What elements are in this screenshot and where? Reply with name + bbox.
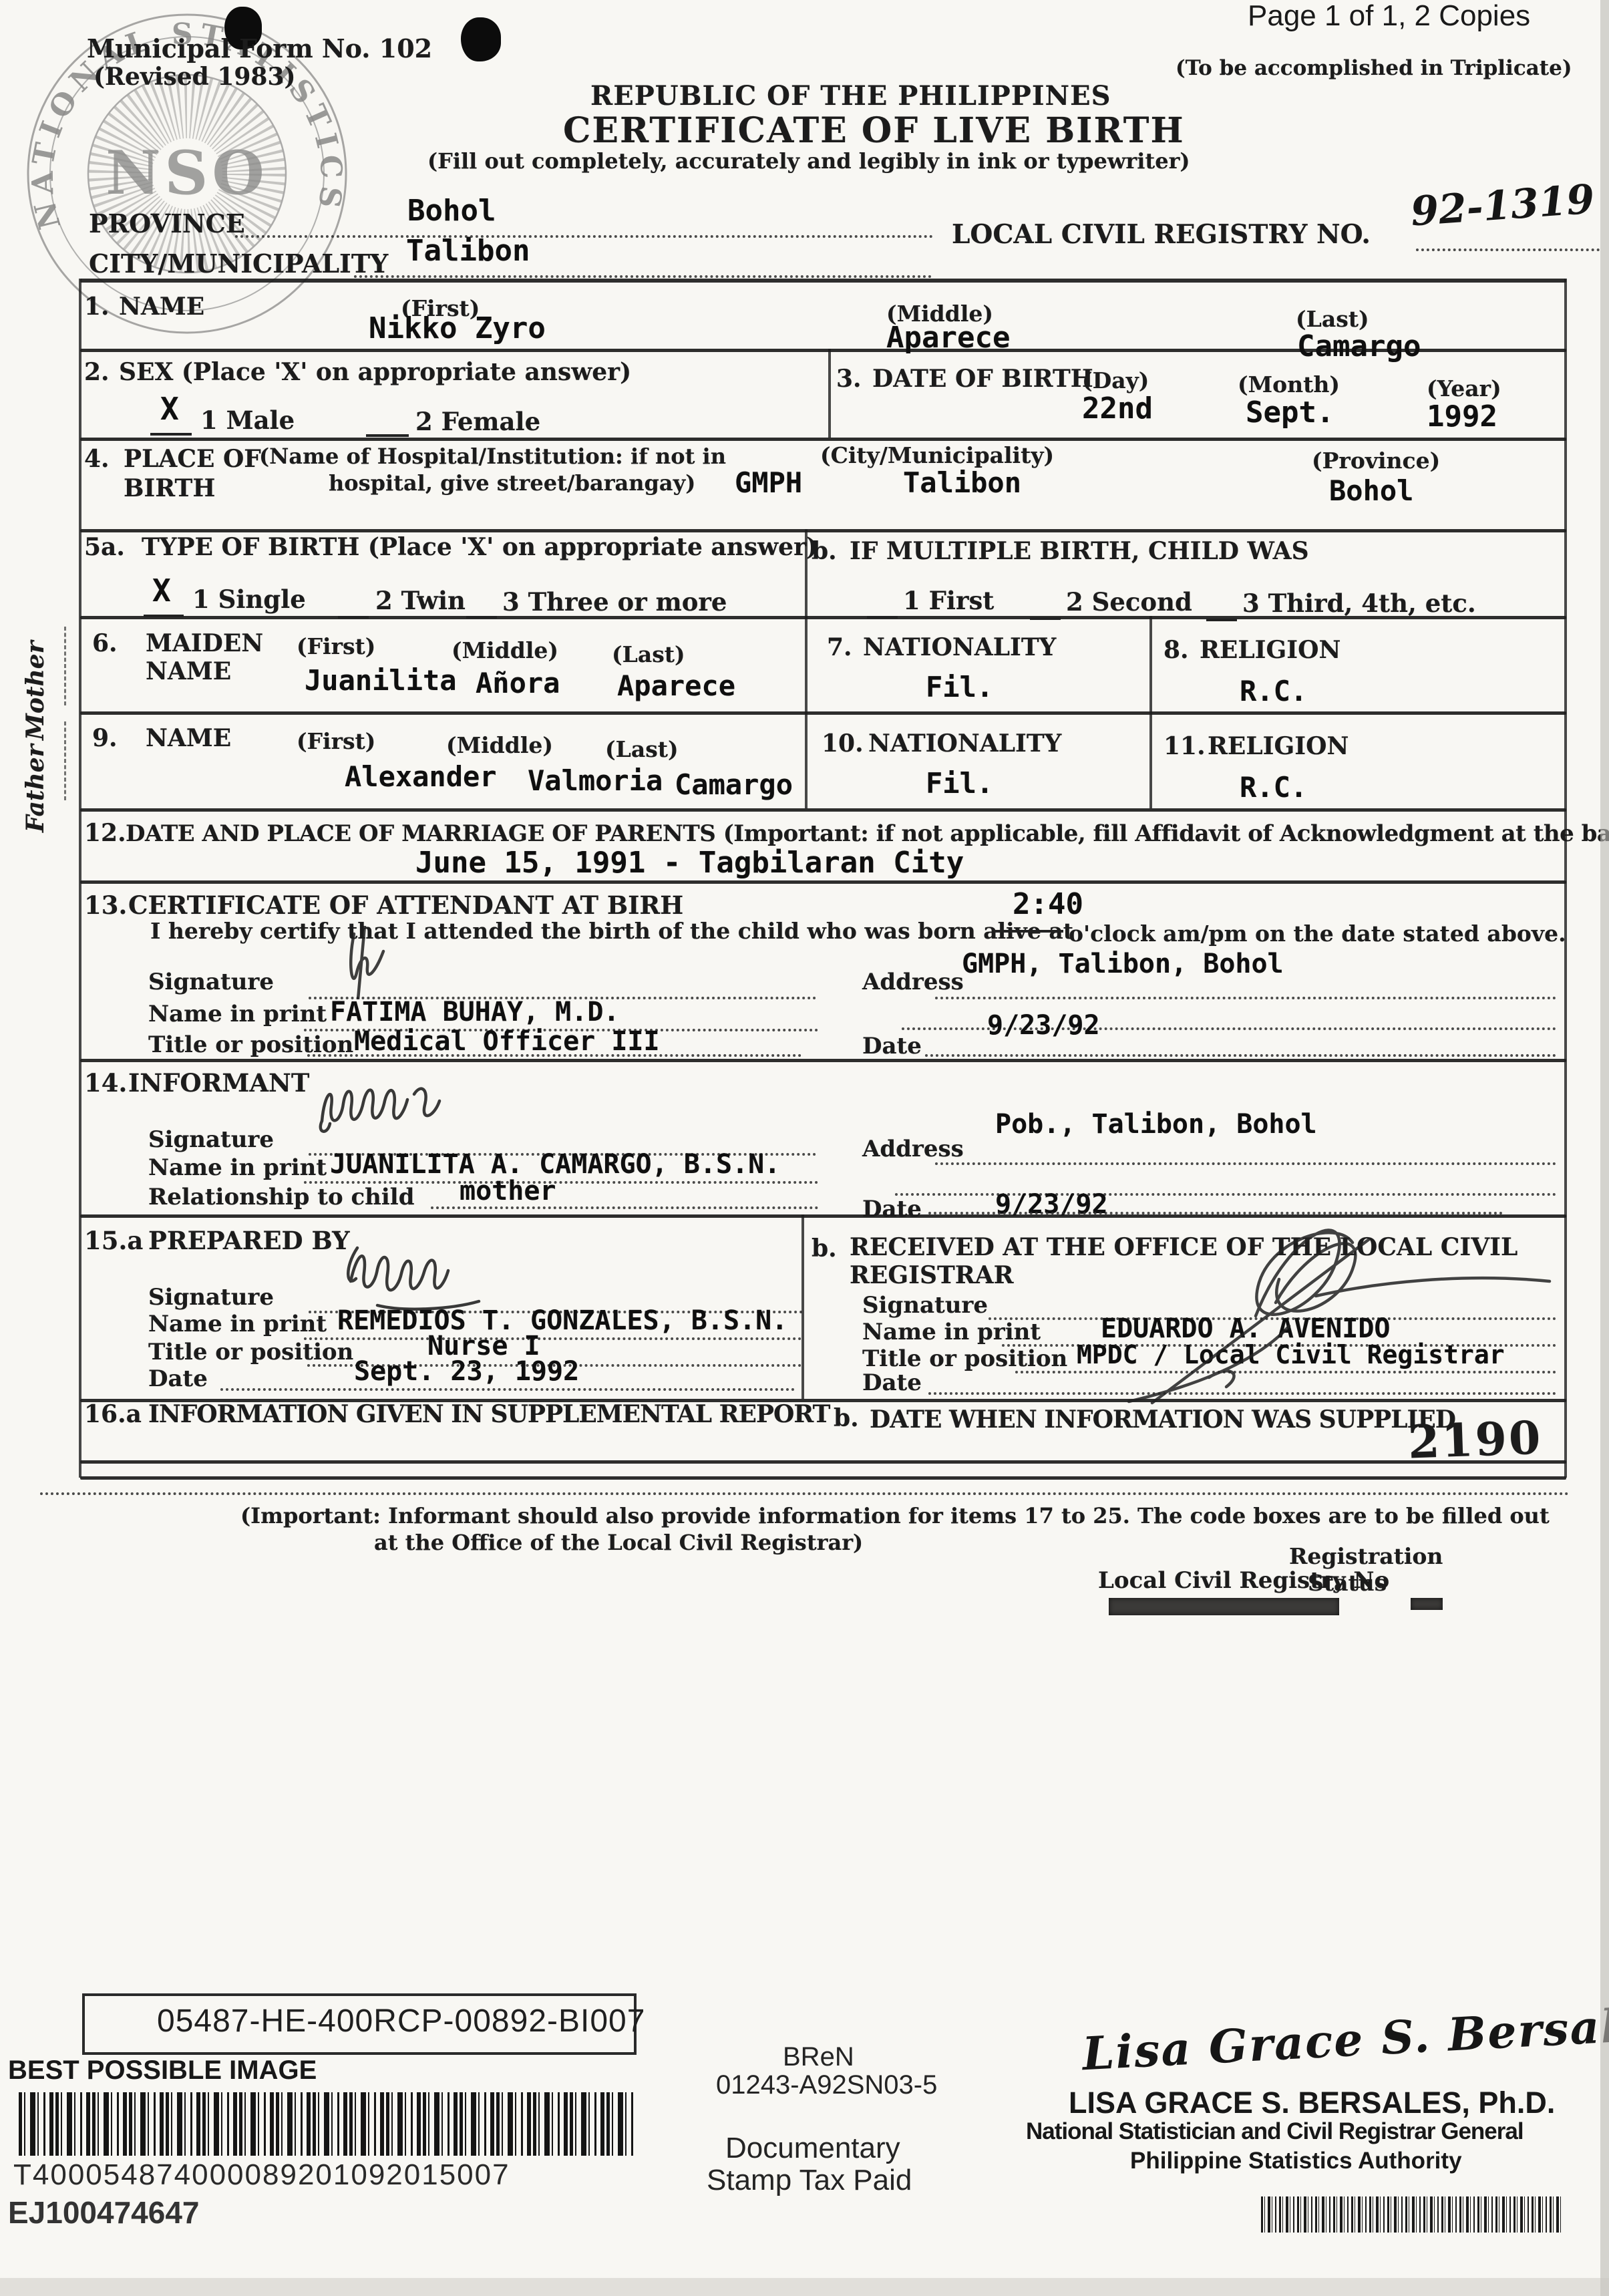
seal-center-text: NSO bbox=[106, 138, 269, 208]
item5b-no: b. bbox=[812, 538, 837, 564]
item1-label: NAME bbox=[119, 294, 204, 320]
item10-label: NATIONALITY bbox=[868, 731, 1061, 757]
registrar-general-title: National Statistician and Civil Registra… bbox=[1026, 2119, 1524, 2144]
mult-3-line bbox=[1206, 619, 1237, 621]
certify-text-pre: I hereby certify that I attended the bir… bbox=[150, 919, 1073, 943]
inf-date-label: Date bbox=[862, 1197, 922, 1222]
item4-label-1: PLACE OF bbox=[124, 446, 261, 472]
item13-label: CERTIFICATE OF ATTENDANT AT BIRH bbox=[128, 892, 683, 919]
dob-day: 22nd bbox=[1082, 393, 1153, 425]
province-label: PROVINCE bbox=[89, 210, 245, 237]
triplicate-note: (To be accomplished in Triplicate) bbox=[1176, 57, 1572, 79]
prep-date: Sept. 23, 1992 bbox=[354, 1357, 579, 1386]
att-date-dotline bbox=[925, 1054, 1556, 1057]
item4-no: 4. bbox=[84, 446, 110, 472]
father-first: Alexander bbox=[345, 762, 497, 792]
sex-female-option: 2 Female bbox=[415, 409, 540, 436]
col-divider bbox=[1149, 711, 1152, 808]
att-name-label: Name in print bbox=[148, 1002, 327, 1027]
lcr-no-label: Local Civil Registry No bbox=[1098, 1569, 1389, 1593]
inf-name-label: Name in print bbox=[148, 1156, 327, 1180]
type-1-option: 1 Single bbox=[192, 587, 306, 613]
city-label: CITY/MUNICIPALITY bbox=[89, 250, 388, 277]
item9-label: NAME bbox=[146, 725, 231, 752]
table-rule bbox=[80, 279, 1566, 283]
time-line bbox=[994, 930, 1063, 933]
att-name: FATIMA BUHAY, M.D. bbox=[330, 998, 619, 1027]
item15b-label-2: REGISTRAR bbox=[850, 1263, 1014, 1289]
child-middle-name: Aparece bbox=[886, 322, 1010, 354]
day-label: (Day) bbox=[1082, 369, 1149, 393]
item7-no: 7. bbox=[827, 635, 852, 661]
month-label: (Month) bbox=[1238, 373, 1340, 397]
table-border-right bbox=[1564, 279, 1567, 1478]
page-edge-bottom bbox=[0, 2278, 1609, 2296]
registry-no-label: LOCAL CIVIL REGISTRY NO. bbox=[952, 220, 1371, 249]
birth-time: 2:40 bbox=[1013, 888, 1083, 921]
item1-no: 1. bbox=[84, 294, 110, 320]
item16b-no: b. bbox=[834, 1406, 859, 1432]
inf-relationship: mother bbox=[460, 1177, 556, 1206]
inf-address-dotline bbox=[935, 1162, 1556, 1165]
item5a-no: 5a. bbox=[84, 534, 125, 560]
child-first-name: Nikko Zyro bbox=[369, 313, 546, 345]
ink-blob bbox=[461, 17, 501, 61]
col-divider bbox=[805, 711, 808, 808]
item6-label-2: NAME bbox=[146, 659, 231, 685]
type-mark: X bbox=[152, 575, 171, 608]
last-label: (Last) bbox=[1296, 307, 1369, 331]
page-info: Page 1 of 1, 2 Copies bbox=[1248, 0, 1530, 32]
city-dotline bbox=[354, 275, 932, 278]
lcr-no-redaction bbox=[1109, 1598, 1339, 1615]
item6-no: 6. bbox=[92, 631, 118, 657]
att-date-label: Date bbox=[862, 1034, 922, 1059]
security-serial: EJ100474647 bbox=[8, 2196, 200, 2230]
year-label: (Year) bbox=[1427, 377, 1501, 401]
form-revised: (Revised 1983) bbox=[94, 64, 296, 90]
mother-middle-label: (Middle) bbox=[452, 639, 558, 663]
registrar-general-org: Philippine Statistics Authority bbox=[1130, 2148, 1462, 2174]
registry-no-value: 92-1319 bbox=[1409, 178, 1596, 234]
mother-last: Aparece bbox=[617, 671, 735, 701]
item14-no: 14. bbox=[84, 1070, 127, 1097]
type-2-line bbox=[338, 616, 369, 619]
best-possible-image: BEST POSSIBLE IMAGE bbox=[8, 2056, 317, 2085]
table-border-left bbox=[79, 279, 81, 1478]
father-religion: R.C. bbox=[1240, 772, 1307, 802]
small-barcode bbox=[1261, 2196, 1562, 2233]
pob-province: Bohol bbox=[1329, 476, 1413, 506]
item3-label: DATE OF BIRTH bbox=[872, 366, 1093, 392]
form-subtitle: (Fill out completely, accurately and leg… bbox=[427, 150, 1190, 173]
dob-year: 1992 bbox=[1427, 401, 1497, 433]
type-2-option: 2 Twin bbox=[375, 588, 466, 615]
doc-stamp-line-2: Stamp Tax Paid bbox=[707, 2164, 912, 2196]
father-side-label: Father bbox=[23, 744, 49, 832]
registration-label-1: Registration bbox=[1289, 1544, 1443, 1569]
registry-dotline bbox=[1416, 249, 1600, 251]
certify-text-post: o'clock am/pm on the date stated above. bbox=[1069, 922, 1566, 946]
col-divider bbox=[1149, 616, 1152, 711]
inf-address-dotline-2 bbox=[895, 1193, 1556, 1196]
item4-note-2: hospital, give street/barangay) bbox=[329, 472, 695, 495]
dob-month: Sept. bbox=[1246, 397, 1334, 429]
item11-label: RELIGION bbox=[1208, 733, 1349, 760]
att-address-dotline bbox=[935, 997, 1556, 999]
table-rule bbox=[80, 1476, 1566, 1480]
inf-address-label: Address bbox=[862, 1137, 964, 1162]
item16a-label: INFORMATION GIVEN IN SUPPLEMENTAL REPORT bbox=[148, 1402, 830, 1428]
prep-name: REMEDIOS T. GONZALES, B.S.N. bbox=[337, 1307, 787, 1335]
item4-label-2: BIRTH bbox=[124, 476, 215, 502]
item7-label: NATIONALITY bbox=[863, 635, 1056, 661]
sex-female-line bbox=[366, 434, 409, 437]
col-divider bbox=[801, 1214, 804, 1399]
table-rule bbox=[80, 1059, 1566, 1062]
mult-2-line bbox=[1030, 617, 1061, 620]
item10-no: 10. bbox=[822, 731, 864, 757]
att-date: 9/23/92 bbox=[987, 1011, 1100, 1040]
inf-address: Pob., Talibon, Bohol bbox=[995, 1110, 1317, 1139]
recv-date-label: Date bbox=[862, 1371, 922, 1396]
mult-3-option: 3 Third, 4th, etc. bbox=[1242, 591, 1476, 617]
inf-signature-label: Signature bbox=[148, 1128, 274, 1152]
father-middle-label: (Middle) bbox=[446, 733, 553, 758]
form-title: CERTIFICATE OF LIVE BIRTH bbox=[563, 112, 1185, 150]
item5a-label: TYPE OF BIRTH (Place 'X' on appropriate … bbox=[142, 534, 818, 560]
mother-religion: R.C. bbox=[1240, 676, 1307, 706]
table-rule bbox=[80, 808, 1566, 812]
inf-name: JUANILITA A. CAMARGO, B.S.N. bbox=[330, 1150, 780, 1179]
recv-signature-label: Signature bbox=[862, 1293, 988, 1318]
father-last-label: (Last) bbox=[605, 737, 679, 762]
municipal-form-no: Municipal Form No. 102 bbox=[87, 35, 432, 62]
birth-certificate-scan: NATIONAL STATISTICS OFFICE NSO Page 1 of… bbox=[0, 0, 1609, 2296]
sex-male-option: 1 Male bbox=[200, 407, 295, 434]
pob-city-label: (City/Municipality) bbox=[820, 444, 1054, 468]
type-1-line bbox=[144, 615, 184, 617]
inf-rel-dotline bbox=[431, 1206, 818, 1209]
important-note-1: (Important: Informant should also provid… bbox=[240, 1504, 1550, 1528]
item12-no: 12. bbox=[84, 820, 126, 846]
registration-status-box bbox=[1411, 1598, 1443, 1610]
father-middle: Valmoria bbox=[528, 766, 663, 796]
pob-province-label: (Province) bbox=[1312, 449, 1440, 473]
item3-no: 3. bbox=[836, 366, 862, 392]
important-note-2: at the Office of the Local Civil Registr… bbox=[374, 1531, 863, 1554]
item8-no: 8. bbox=[1164, 637, 1189, 663]
barcode bbox=[19, 2092, 637, 2156]
item12-label: DATE AND PLACE OF MARRIAGE OF PARENTS (I… bbox=[126, 822, 1609, 846]
att-title-dotline bbox=[307, 1054, 801, 1057]
child-last-name: Camargo bbox=[1297, 331, 1421, 363]
col-divider bbox=[805, 616, 808, 711]
mother-first-label: (First) bbox=[297, 635, 375, 659]
att-title: Medical Officer III bbox=[354, 1027, 660, 1056]
item16a-no: 16.a bbox=[84, 1402, 142, 1428]
item8-label: RELIGION bbox=[1200, 637, 1340, 663]
bren-no: 01243-A92SN03-5 bbox=[716, 2071, 937, 2100]
pob-city: Talibon bbox=[903, 468, 1021, 498]
prep-signature-label: Signature bbox=[148, 1285, 274, 1310]
table-rule bbox=[80, 711, 1566, 715]
prep-date-label: Date bbox=[148, 1367, 208, 1391]
prep-name-dotline bbox=[304, 1337, 801, 1340]
item15b-no: b. bbox=[812, 1236, 837, 1262]
item15a-label: PREPARED BY bbox=[148, 1228, 350, 1255]
bren-label: BReN bbox=[783, 2043, 854, 2072]
mult-1-option: 1 First bbox=[903, 588, 994, 615]
mother-first: Juanilita bbox=[305, 665, 457, 695]
sex-male-line bbox=[150, 433, 192, 436]
city-value: Talibon bbox=[406, 235, 530, 267]
father-first-label: (First) bbox=[297, 729, 375, 754]
prep-date-dotline bbox=[220, 1388, 795, 1391]
table-rule bbox=[80, 1460, 1566, 1464]
received-signature bbox=[1089, 1202, 1556, 1410]
col-divider bbox=[828, 349, 831, 438]
prepared-signature bbox=[337, 1240, 504, 1313]
type-3-option: 3 Three or more bbox=[502, 589, 727, 616]
item2-label: SEX (Place 'X' on appropriate answer) bbox=[119, 359, 631, 385]
mother-nationality: Fil. bbox=[926, 672, 993, 702]
inf-rel-label: Relationship to child bbox=[148, 1185, 415, 1210]
father-brace bbox=[64, 721, 66, 800]
father-nationality: Fil. bbox=[926, 768, 993, 798]
sex-mark: X bbox=[160, 393, 179, 426]
item11-no: 11. bbox=[1164, 733, 1206, 760]
item15a-no: 15.a bbox=[84, 1228, 143, 1255]
mult-2-option: 2 Second bbox=[1066, 589, 1192, 616]
barcode-text: T400054874000089201092015007 bbox=[13, 2159, 510, 2191]
informant-signature bbox=[314, 1073, 488, 1136]
mother-brace bbox=[64, 627, 66, 705]
page-edge-right bbox=[1600, 0, 1609, 2296]
republic-line: REPUBLIC OF THE PHILIPPINES bbox=[590, 81, 1111, 110]
registrar-general-name: LISA GRACE S. BERSALES, Ph.D. bbox=[1069, 2087, 1555, 2120]
table-rule bbox=[80, 529, 1566, 532]
mother-middle: Añora bbox=[476, 668, 560, 698]
supplied-code: 2190 bbox=[1407, 1414, 1544, 1468]
att-address: GMPH, Talibon, Bohol bbox=[962, 950, 1284, 979]
prep-name-label: Name in print bbox=[148, 1312, 327, 1337]
registrar-general-signature: Lisa Grace S. Bersales bbox=[1081, 1999, 1609, 2080]
mother-last-label: (Last) bbox=[612, 643, 685, 667]
doc-stamp-line-1: Documentary bbox=[725, 2132, 900, 2164]
att-signature-label: Signature bbox=[148, 970, 274, 995]
code-box-text: 05487-HE-400RCP-00892-BI007 bbox=[157, 2004, 645, 2039]
mult-1-line bbox=[867, 616, 898, 619]
attendant-signature bbox=[334, 926, 427, 999]
father-last: Camargo bbox=[675, 770, 793, 800]
item13-no: 13. bbox=[84, 892, 127, 919]
type-3-line bbox=[466, 616, 497, 619]
item2-no: 2. bbox=[84, 359, 110, 385]
item14-label: INFORMANT bbox=[128, 1070, 309, 1097]
mother-side-label: Mother bbox=[23, 641, 49, 740]
province-dotline bbox=[235, 235, 933, 238]
item16b-label: DATE WHEN INFORMATION WAS SUPPLIED bbox=[870, 1407, 1455, 1433]
province-value: Bohol bbox=[407, 195, 496, 227]
prep-title-label: Title or position bbox=[148, 1340, 353, 1365]
post-table-dotline bbox=[40, 1492, 1570, 1495]
recv-title-label: Title or position bbox=[862, 1347, 1067, 1371]
item6-label-1: MAIDEN bbox=[146, 631, 263, 657]
table-rule bbox=[80, 880, 1566, 884]
item5b-label: IF MULTIPLE BIRTH, CHILD WAS bbox=[850, 538, 1309, 564]
item9-no: 9. bbox=[92, 725, 118, 752]
table-rule bbox=[80, 438, 1566, 441]
recv-name-label: Name in print bbox=[862, 1320, 1041, 1345]
marriage-value: June 15, 1991 - Tagbilaran City bbox=[415, 847, 964, 879]
pob-hospital: GMPH bbox=[735, 468, 802, 498]
item4-note-1: (Name of Hospital/Institution: if not in bbox=[259, 445, 726, 468]
att-address-label: Address bbox=[862, 970, 964, 995]
